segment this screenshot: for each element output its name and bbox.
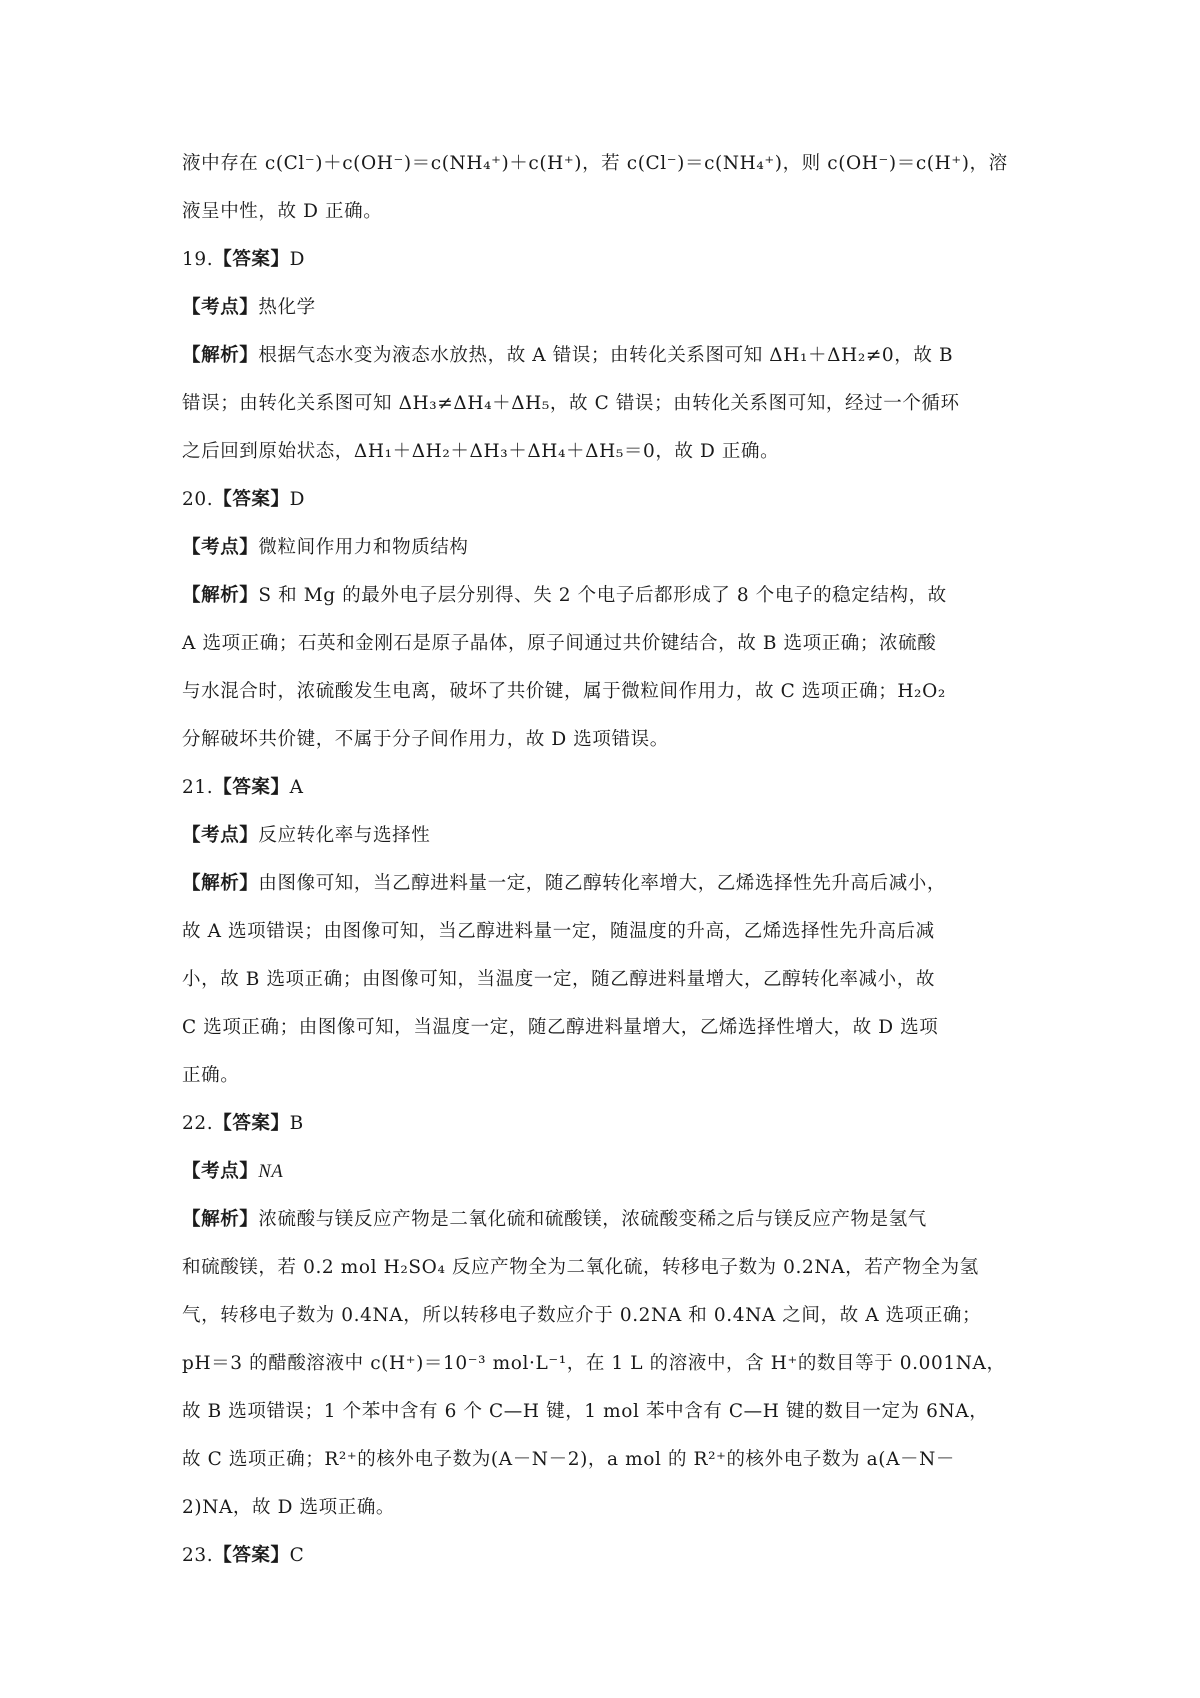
q18-analysis-line: 液呈中性，故 D 正确。: [182, 188, 1032, 236]
q20-analysis: 【解析】S 和 Mg 的最外电子层分别得、失 2 个电子后都形成了 8 个电子的…: [182, 572, 1032, 620]
q22-answer: 22.【答案】B: [182, 1100, 1032, 1148]
q21-answer: 21.【答案】A: [182, 764, 1032, 812]
q18-analysis-line: 液中存在 c(Cl⁻)＋c(OH⁻)＝c(NH₄⁺)＋c(H⁺)，若 c(Cl⁻…: [182, 140, 1032, 188]
q22-analysis-line: 气，转移电子数为 0.4NA，所以转移电子数应介于 0.2NA 和 0.4NA …: [182, 1292, 1032, 1340]
q22-analysis-line: 故 C 选项正确；R²⁺的核外电子数为(A－N－2)，a mol 的 R²⁺的核…: [182, 1436, 1032, 1484]
q22-analysis-line: 故 B 选项错误；1 个苯中含有 6 个 C—H 键，1 mol 苯中含有 C—…: [182, 1388, 1032, 1436]
q23-answer: 23.【答案】C: [182, 1532, 1032, 1580]
q19-answer: 19.【答案】D: [182, 236, 1032, 284]
q20-analysis-line: 分解破坏共价键，不属于分子间作用力，故 D 选项错误。: [182, 716, 1032, 764]
document-page: 液中存在 c(Cl⁻)＋c(OH⁻)＝c(NH₄⁺)＋c(H⁺)，若 c(Cl⁻…: [182, 140, 1032, 1580]
q19-point: 【考点】热化学: [182, 284, 1032, 332]
q20-point: 【考点】微粒间作用力和物质结构: [182, 524, 1032, 572]
q21-point: 【考点】反应转化率与选择性: [182, 812, 1032, 860]
q22-analysis: 【解析】浓硫酸与镁反应产物是二氧化硫和硫酸镁，浓硫酸变稀之后与镁反应产物是氢气: [182, 1196, 1032, 1244]
q21-analysis-line: C 选项正确；由图像可知，当温度一定，随乙醇进料量增大，乙烯选择性增大，故 D …: [182, 1004, 1032, 1052]
q20-answer: 20.【答案】D: [182, 476, 1032, 524]
q22-analysis-line: pH＝3 的醋酸溶液中 c(H⁺)＝10⁻³ mol·L⁻¹，在 1 L 的溶液…: [182, 1340, 1032, 1388]
q19-analysis-line: 之后回到原始状态，ΔH₁＋ΔH₂＋ΔH₃＋ΔH₄＋ΔH₅＝0，故 D 正确。: [182, 428, 1032, 476]
q22-analysis-line: 和硫酸镁，若 0.2 mol H₂SO₄ 反应产物全为二氧化硫，转移电子数为 0…: [182, 1244, 1032, 1292]
q21-analysis-line: 故 A 选项错误；由图像可知，当乙醇进料量一定，随温度的升高，乙烯选择性先升高后…: [182, 908, 1032, 956]
q19-analysis-line: 错误；由转化关系图可知 ΔH₃≠ΔH₄＋ΔH₅，故 C 错误；由转化关系图可知，…: [182, 380, 1032, 428]
q22-point: 【考点】NA: [182, 1148, 1032, 1196]
q20-analysis-line: A 选项正确；石英和金刚石是原子晶体，原子间通过共价键结合，故 B 选项正确；浓…: [182, 620, 1032, 668]
q19-analysis: 【解析】根据气态水变为液态水放热，故 A 错误；由转化关系图可知 ΔH₁＋ΔH₂…: [182, 332, 1032, 380]
q22-analysis-line: 2)NA，故 D 选项正确。: [182, 1484, 1032, 1532]
q21-analysis-line: 小，故 B 选项正确；由图像可知，当温度一定，随乙醇进料量增大，乙醇转化率减小，…: [182, 956, 1032, 1004]
q21-analysis: 【解析】由图像可知，当乙醇进料量一定，随乙醇转化率增大，乙烯选择性先升高后减小，: [182, 860, 1032, 908]
q20-analysis-line: 与水混合时，浓硫酸发生电离，破坏了共价键，属于微粒间作用力，故 C 选项正确；H…: [182, 668, 1032, 716]
q21-analysis-line: 正确。: [182, 1052, 1032, 1100]
